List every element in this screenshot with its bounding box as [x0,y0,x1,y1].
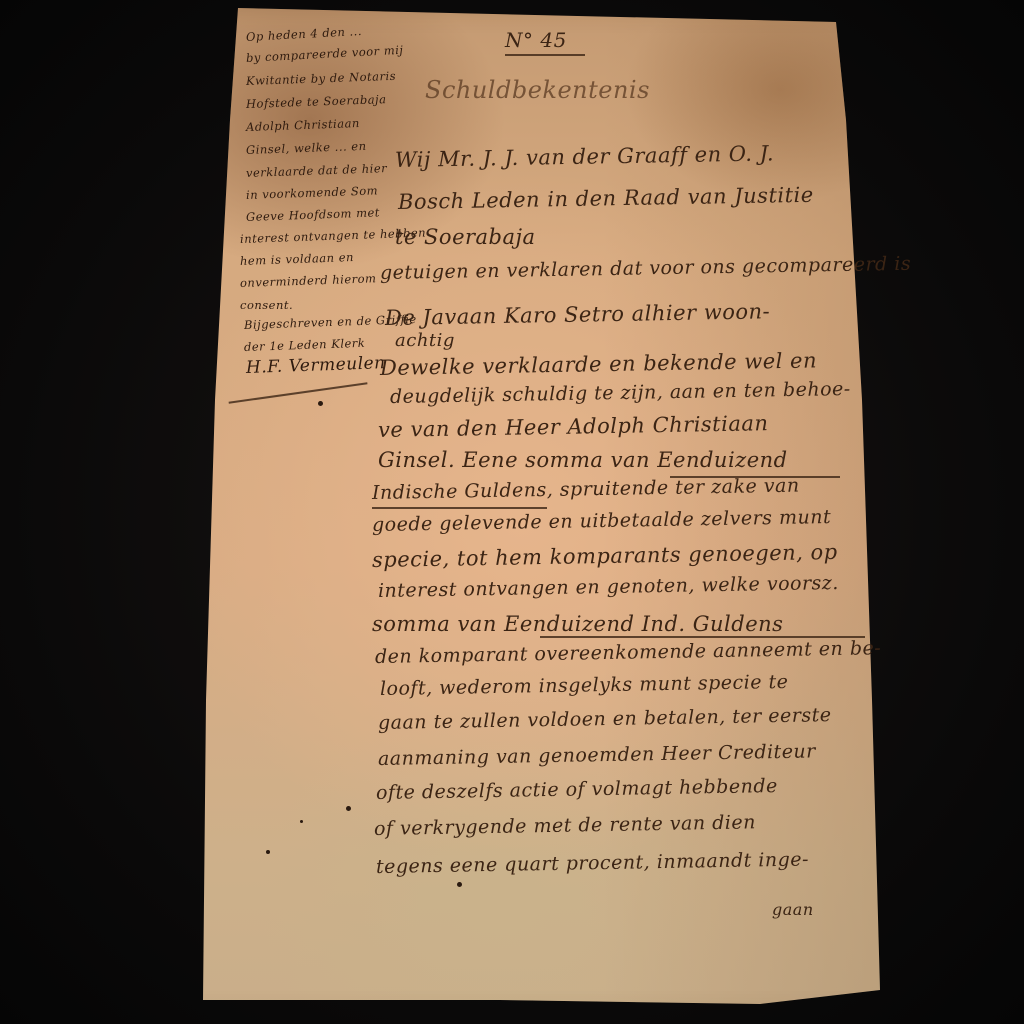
ink-spot [346,806,351,811]
document-title: Schuldbekentenis [425,76,650,104]
ink-spot [318,401,323,406]
body-line: te Soerabaja [395,225,536,249]
number-underline [505,54,585,56]
margin-line: consent. [240,298,293,312]
document-number: N° 45 [505,28,567,52]
ink-spot [457,882,462,887]
body-line: achtig [395,330,455,351]
ink-spot [300,820,303,823]
ink-spot [266,850,270,854]
body-line: somma van Eenduizend Ind. Guldens [372,612,783,636]
body-line: Ginsel. Eene somma van Eenduizend [378,448,788,472]
catchword: gaan [772,900,814,919]
underline-amount-2 [540,636,865,638]
manuscript-page: N° 45 Schuldbekentenis Op heden 4 den ..… [0,0,1024,1024]
underline-currency [372,507,547,509]
